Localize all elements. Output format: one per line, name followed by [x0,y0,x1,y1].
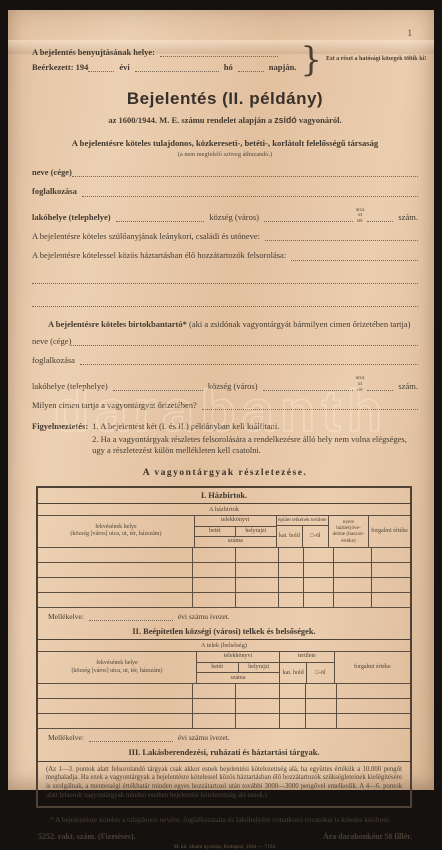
table1-row [38,563,410,578]
table-vacant-plots: II. Beépítetlen községi (városi) telkek … [38,624,410,745]
official-use-note: Ezt a részt a hatósági közegek töltik ki… [326,56,426,63]
table1-location-line2: (község [város] utca, ut, tér, házszám) [42,531,190,539]
table2-attachment-field [89,733,173,742]
table1-col-kat-hold: kat. hold [277,526,302,547]
table2-col-deposit: betét [197,663,238,672]
received-evi-label: évi [119,62,129,72]
table2-col-kat-hold: kat. hold [280,663,306,683]
table1-land-registry-label: telekkönyvi [195,516,276,527]
holder-heading-rest: (aki a zsidónak vagyontárgyát bármilyen … [189,319,410,329]
owner-occupation-row: foglalkozása [32,186,418,196]
subtitle-prefix: az 1600/1944. M. E. számu rendelet alapj… [108,115,272,125]
table1-col-square-fathom: □-öl [302,526,328,547]
table1-col-deposit: betét [195,527,235,536]
household-extra-field-1 [32,274,418,284]
submission-place-field [160,47,278,57]
holder-custody-label: Milyen cimen tartja a vagyontárgyat őriz… [32,400,197,410]
submission-place-label: A bejelentés benyujtásának helye: [32,47,155,57]
holder-street-type-stack: utca ut tér [353,376,368,393]
table2-land-registry-split: betét helyrajzi [197,663,279,672]
table2-group-land-registry: telekkönyvi betét helyrajzi száma [197,652,280,684]
holder-occupation-field [80,355,418,365]
details-heading: A vagyontárgyak részletezése. [32,468,418,479]
table2-header: fekvésének helye (község [város] utca, u… [38,652,410,685]
table2-row [38,699,410,714]
table2-title: II. Beépítetlen községi (városi) telkek … [38,624,410,640]
warning-items: 1. A bejelentést két (I. és II.) példány… [92,421,418,458]
table2-attachment-suffix: évi számu ívezet. [178,733,230,742]
owner-household-row: A bejelentésre kötelessel közös háztartá… [32,250,418,260]
warning-item-1: 1. A bejelentést két (I. és II.) példány… [92,421,418,432]
owner-name-field [72,167,418,177]
holder-custody-field [202,400,418,410]
owner-occupation-label: foglalkozása [32,186,77,196]
table2-attachment-label: Mellékelve: [48,733,84,742]
table2-group-area: területe kat. hold □-öl [280,652,335,684]
table1-attachment-row: Mellékelve: évi számu ívezet. [38,608,410,624]
table1-header: fekvésének helye (község [város] utca, u… [38,516,410,549]
holder-municipality-label: község (város) [208,381,258,391]
table2-col-parcel: helyrajzi [238,663,280,672]
received-date-row: Beérkezett: 194 évi hó napján. [32,62,296,72]
table2-land-registry-label: telekkönyvi [197,652,279,663]
owner-household-field [291,251,418,261]
owner-name-row: neve (cége) [32,167,418,177]
official-header: A bejelentés benyujtásának helye: Beérke… [32,42,418,77]
table-house-property: I. Házbirtok. A házbirtok fekvésének hel… [38,488,410,624]
table2-row [38,714,410,729]
table1-col-income: nyers házbérjöve-delme (haszon-értéke) [329,516,369,548]
owner-name-label: neve (cége) [32,167,72,177]
holder-residence-row: lakóhelye (telephelye) község (város) ut… [32,374,418,391]
street-word-ter: tér [357,388,363,394]
subtitle-suffix: vagyonáról. [299,115,342,125]
holder-residence-field [113,381,203,391]
table1-col-market-value: forgalmi értéke [369,516,410,548]
assets-table-box: I. Házbirtok. A házbirtok fekvésének hel… [36,486,412,800]
table1-row [38,548,410,563]
owner-municipality-field [264,212,353,222]
holder-heading-bold: A bejelentésre köteles birtokbantartó* [48,319,187,329]
holder-name-row: neve (cége) [32,336,418,346]
warning-block: Figyelmeztetés: 1. A bejelentést két (I.… [32,421,418,458]
household-extra-line-1 [32,274,418,284]
table1-area-group-label: épület telkének területe [277,516,328,526]
section-household-goods: III. Lakásberendezési, ruházati és házta… [38,745,410,800]
form-title: Bejelentés (II. példány) [32,89,418,109]
table1-row [38,578,410,593]
subtitle-emphasis: zsidó [274,115,296,125]
holder-occupation-label: foglalkozása [32,355,75,365]
warning-item-2: 2. Ha a vagyontárgyak részletes felsorol… [92,434,418,456]
table1-subheader: A házbirtok [38,504,410,516]
table1-attachment-label: Mellékelve: [48,612,84,621]
table1-area-split: kat. hold □-öl [277,526,328,547]
submission-place-row: A bejelentés benyujtásának helye: [32,47,296,57]
official-header-fields: A bejelentés benyujtásának helye: Beérke… [32,42,296,77]
section3-title: III. Lakásberendezési, ruházati és házta… [38,745,410,761]
section3-note: (Az 1—3. pontok alatt felsorolandó tárgy… [38,762,410,801]
owner-occupation-field [82,187,418,197]
household-extra-field-2 [32,297,418,307]
owner-residence-field [116,212,205,222]
received-year-field [88,62,114,72]
table1-land-registry-split: betét helyrajzi [195,527,276,536]
table2-number-word: száma [197,672,279,683]
form-subtitle: az 1600/1944. M. E. számu rendelet alapj… [32,115,418,126]
holder-custody-row: Milyen cimen tartja a vagyontárgyat őriz… [32,400,418,410]
table1-row [38,593,410,608]
household-extra-line-2 [32,297,418,307]
table1-col-parcel: helyrajzi [235,527,276,536]
holder-name-field [71,336,418,346]
table1-number-word: száma [195,536,276,547]
owner-housenumber-field [367,212,393,222]
table2-col-market-value: forgalmi értéke [335,652,410,684]
scanned-form-paper: darabanth 1 A bejelentés benyujtásának h… [8,10,434,790]
owner-street-type-stack: utca ut tér [353,208,368,225]
warning-label: Figyelmeztetés: [32,421,88,458]
owner-number-label: szám. [398,212,418,222]
table2-row [38,684,410,699]
owner-residence-label: lakóhelye (telephelye) [32,212,111,222]
owner-mother-row: A bejelentésre köteles szülőanyjának leá… [32,231,418,241]
owner-municipality-label: község (város) [209,212,259,222]
holder-residence-label: lakóhelye (telephelye) [32,381,108,391]
owner-section-note: (a nem megfelelő szöveg áthuzandó.) [32,151,418,159]
table2-col-location: fekvésének helye (község [város] utca, u… [38,652,197,684]
table1-title: I. Házbirtok. [38,488,410,504]
owner-section-heading: A bejelentésre köteles tulajdonos, közke… [32,138,418,148]
form-content: 1 A bejelentés benyujtásának helye: Beér… [8,10,434,800]
received-napjan-label: napján. [269,62,297,72]
table2-area-split: kat. hold □-öl [280,663,334,683]
table1-attachment-suffix: évi számu ívezet. [178,612,230,621]
table1-col-location: fekvésének helye (község [város] utca, u… [38,516,195,548]
table2-location-line1: fekvésének helye [42,660,192,668]
holder-housenumber-field [367,381,393,391]
holder-name-label: neve (cége) [32,336,71,346]
table2-area-group-label: területe [280,652,334,663]
holder-occupation-row: foglalkozása [32,355,418,365]
table2-attachment-row: Mellékelve: évi számu ívezet. [38,729,410,745]
table1-group-area: épület telkének területe kat. hold □-öl [277,516,329,548]
received-label: Beérkezett: 194 [32,62,88,72]
received-day-field [238,62,264,72]
owner-mother-label: A bejelentésre köteles szülőanyjának leá… [32,231,260,241]
received-month-field [135,62,219,72]
header-brace: } [300,43,322,77]
owner-residence-row: lakóhelye (telephelye) község (város) ut… [32,206,418,223]
page-number: 1 [408,28,413,39]
table1-group-land-registry: telekkönyvi betét helyrajzi száma [195,516,277,548]
table2-location-line2: (község [város] utca, ut, tér, házszám) [42,668,192,676]
holder-number-label: szám. [398,381,418,391]
table2-col-square-fathom: □-öl [306,663,333,683]
holder-municipality-field [263,381,353,391]
owner-mother-field [265,231,418,241]
received-ho-label: hó [224,62,233,72]
table1-attachment-field [89,612,173,621]
holder-section-heading: A bejelentésre köteles birtokbantartó* (… [32,319,418,330]
street-word-ter: tér [357,219,363,225]
owner-household-label: A bejelentésre kötelessel közös háztartá… [32,250,286,260]
table2-subheader: A telek (belsőség) [38,640,410,652]
